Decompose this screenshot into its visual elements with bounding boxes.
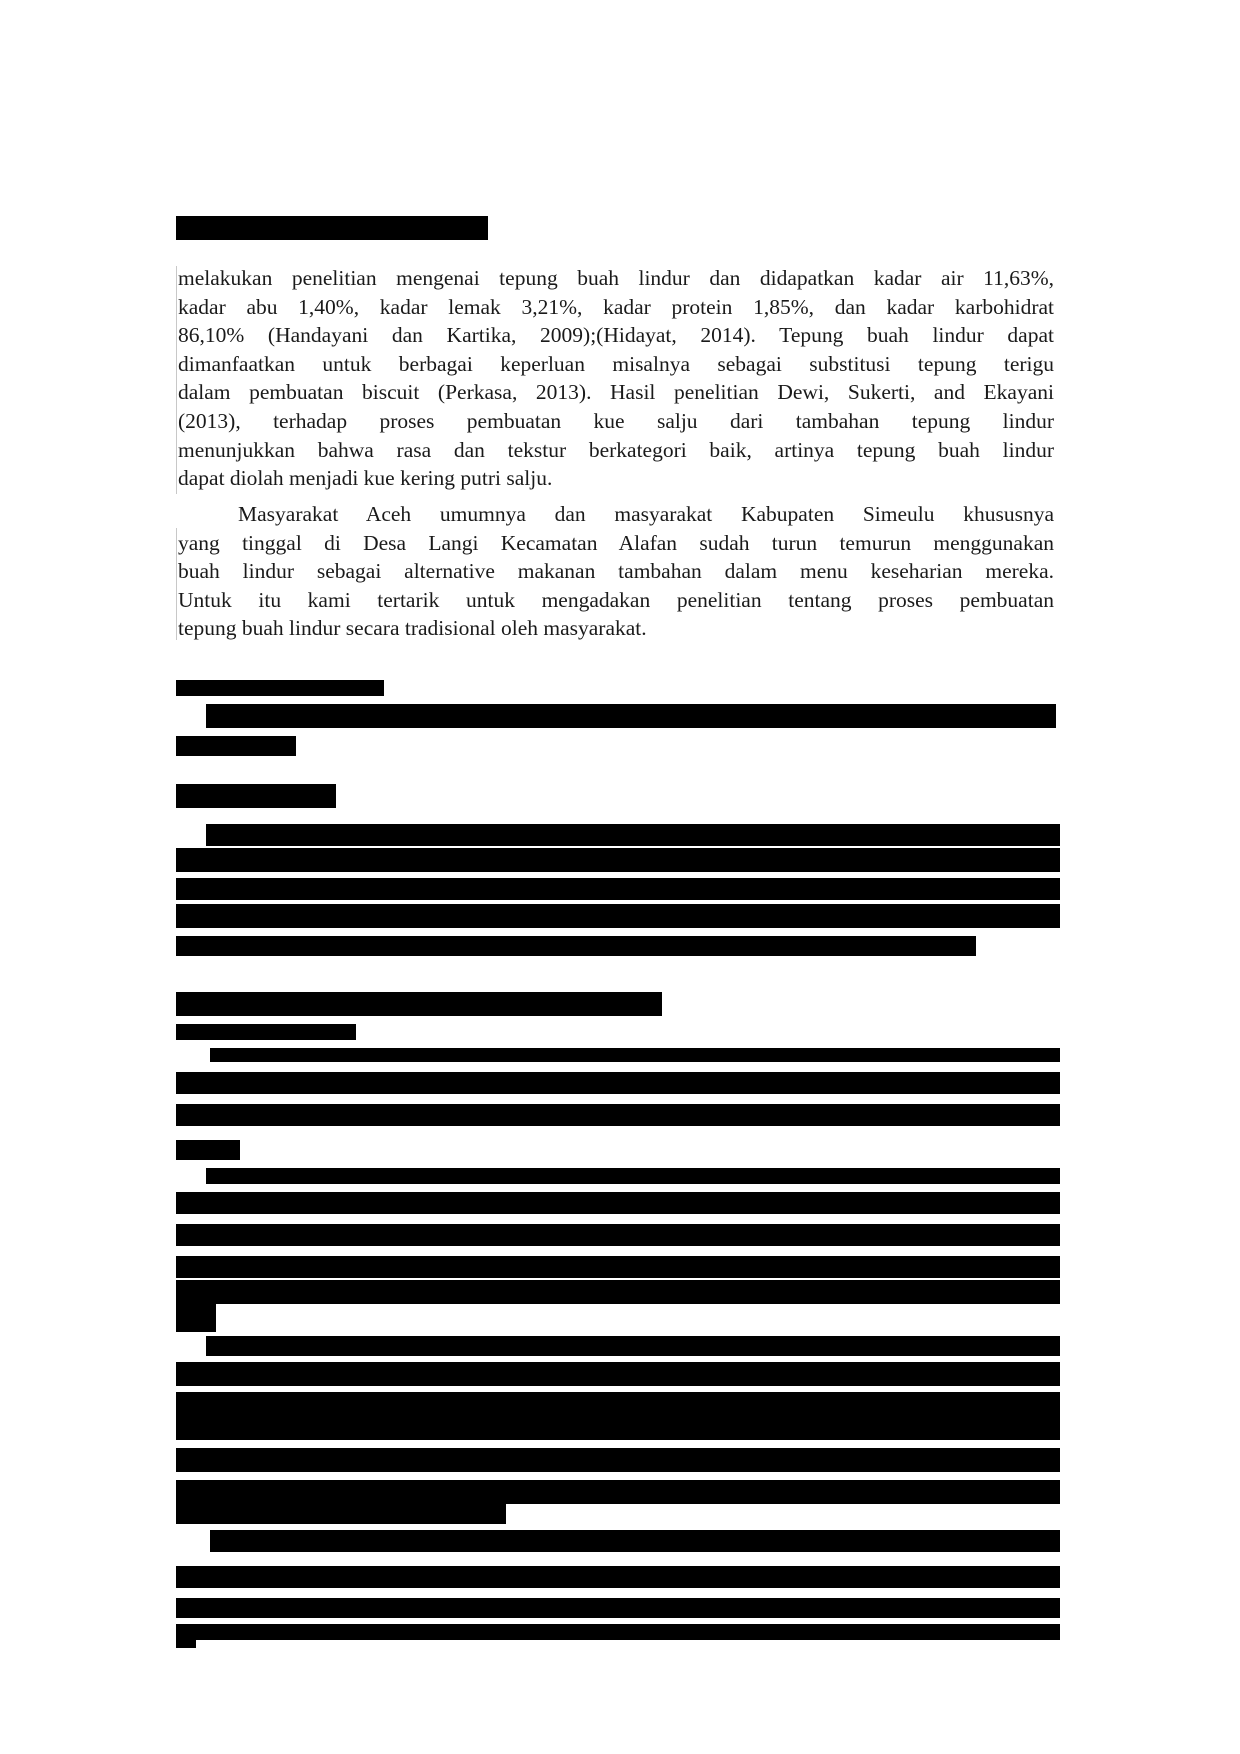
redacted-line	[176, 848, 1060, 872]
redacted-line	[176, 1280, 1060, 1304]
redacted-line	[176, 904, 1060, 928]
redacted-line	[176, 1072, 1060, 1094]
redacted-line	[176, 1624, 196, 1648]
redacted-line	[176, 736, 296, 756]
redacted-heading	[176, 784, 336, 808]
paragraph-1-line: kadar abu 1,40%, kadar lemak 3,21%, kada…	[178, 293, 1054, 322]
redacted-line	[176, 878, 1060, 900]
redacted-line	[176, 1224, 1060, 1246]
redacted-heading	[176, 1024, 356, 1040]
redacted-line	[176, 1392, 1060, 1416]
redacted-line	[210, 1048, 1060, 1062]
paragraph-2-line: tepung buah lindur secara tradisional ol…	[178, 614, 1054, 643]
paragraph-1-line: dapat diolah menjadi kue kering putri sa…	[178, 464, 1054, 493]
paragraph-1-line: melakukan penelitian mengenai tepung bua…	[178, 264, 1054, 293]
redacted-line	[176, 1192, 1060, 1214]
redacted-line	[210, 1530, 1060, 1552]
document-page: melakukan penelitian mengenai tepung bua…	[0, 0, 1240, 1754]
paragraph-2-line: yang tinggal di Desa Langi Kecamatan Ala…	[178, 529, 1054, 558]
redacted-line	[206, 704, 1056, 728]
paragraph-1-line: menunjukkan bahwa rasa dan tekstur berka…	[178, 436, 1054, 465]
redacted-line	[176, 1140, 240, 1160]
redacted-line	[176, 1624, 1060, 1640]
paragraph-2-line: Masyarakat Aceh umumnya dan masyarakat K…	[178, 500, 1054, 529]
redacted-line	[176, 1448, 1060, 1472]
paragraph-1: melakukan penelitian mengenai tepung bua…	[178, 264, 1054, 493]
paragraph-2-line: Untuk itu kami tertarik untuk mengadakan…	[178, 586, 1054, 615]
redacted-line	[176, 1566, 1060, 1588]
redacted-line	[176, 1304, 216, 1332]
paragraph-1-line: (2013), terhadap proses pembuatan kue sa…	[178, 407, 1054, 436]
margin-rule	[176, 266, 177, 494]
paragraph-1-line: 86,10% (Handayani dan Kartika, 2009);(Hi…	[178, 321, 1054, 350]
margin-rule	[176, 528, 177, 640]
redacted-line	[176, 936, 976, 956]
redacted-heading	[176, 216, 488, 240]
redacted-line	[176, 1104, 1060, 1126]
redacted-line	[176, 1256, 1060, 1278]
redacted-line	[176, 1362, 1060, 1386]
redacted-line	[176, 1416, 1060, 1440]
paragraph-2: Masyarakat Aceh umumnya dan masyarakat K…	[178, 500, 1054, 643]
redacted-line	[176, 1504, 506, 1524]
redacted-heading	[176, 680, 384, 696]
paragraph-1-line: dimanfaatkan untuk berbagai keperluan mi…	[178, 350, 1054, 379]
paragraph-1-line: dalam pembuatan biscuit (Perkasa, 2013).…	[178, 378, 1054, 407]
redacted-line	[176, 1480, 1060, 1504]
paragraph-2-line: buah lindur sebagai alternative makanan …	[178, 557, 1054, 586]
redacted-line	[176, 1598, 1060, 1618]
redacted-line	[206, 824, 1060, 846]
redacted-line	[206, 1336, 1060, 1356]
redacted-line	[206, 1168, 1060, 1184]
redacted-heading	[176, 992, 662, 1016]
